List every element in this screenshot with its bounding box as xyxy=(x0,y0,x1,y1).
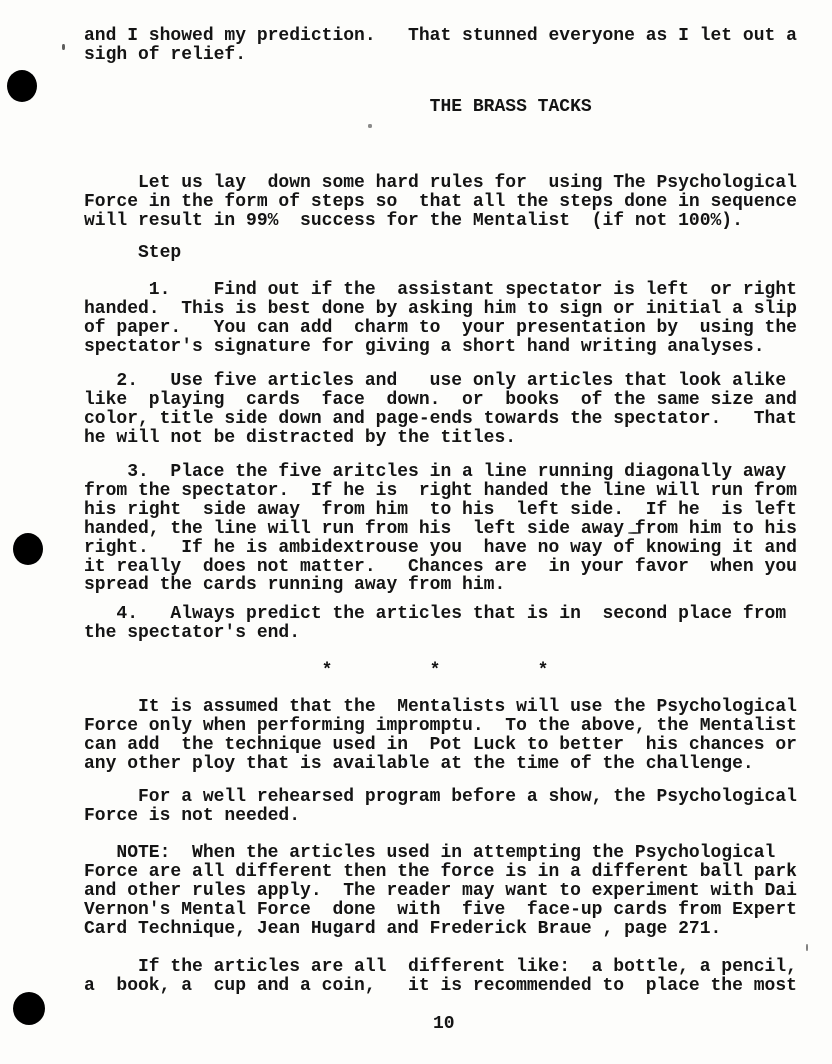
punch-hole xyxy=(13,992,45,1025)
paragraph-intro-continuation: and I showed my prediction. That stunned… xyxy=(84,27,797,65)
step-label: Step xyxy=(84,244,181,263)
paragraph-assumed: It is assumed that the Mentalists will u… xyxy=(84,698,797,774)
paragraph-note: NOTE: When the articles used in attempti… xyxy=(84,844,797,939)
scan-speck xyxy=(368,124,372,128)
paragraph-if-different: If the articles are all different like: … xyxy=(84,958,797,996)
step-item-1: 1. Find out if the assistant spectator i… xyxy=(84,281,797,357)
page-number: 10 xyxy=(433,1015,455,1034)
step-item-3: 3. Place the five aritcles in a line run… xyxy=(84,463,797,595)
punch-hole xyxy=(13,533,43,565)
punch-hole xyxy=(7,70,37,102)
star-separator: * * * xyxy=(84,662,548,681)
scan-speck xyxy=(628,532,641,534)
section-heading: THE BRASS TACKS xyxy=(84,98,592,117)
scan-speck xyxy=(806,944,808,951)
scanned-document-page: and I showed my prediction. That stunned… xyxy=(0,0,832,1064)
paragraph-rehearsed: For a well rehearsed program before a sh… xyxy=(84,788,797,826)
step-item-4: 4. Always predict the articles that is i… xyxy=(84,605,786,643)
paragraph-rules-intro: Let us lay down some hard rules for usin… xyxy=(84,174,797,231)
step-item-2: 2. Use five articles and use only articl… xyxy=(84,372,797,448)
scan-speck xyxy=(62,44,65,50)
